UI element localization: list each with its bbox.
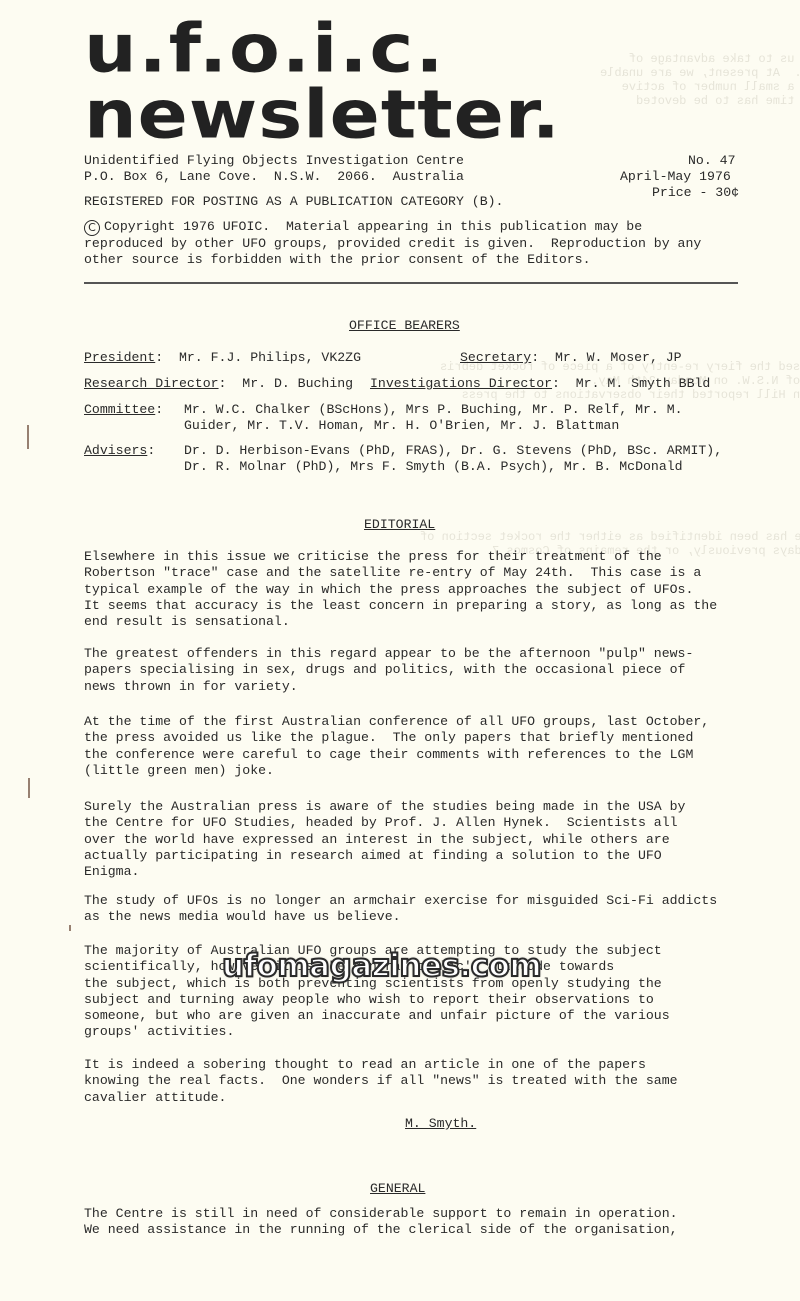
committee-label: Committee:: [84, 402, 163, 418]
editorial-paragraph: Surely the Australian press is aware of …: [84, 799, 764, 880]
committee-line-2: Guider, Mr. T.V. Homan, Mr. H. O'Brien, …: [184, 418, 619, 434]
scan-mark: [69, 925, 71, 931]
general-paragraph: The Centre is still in need of considera…: [84, 1206, 764, 1239]
organisation-name: Unidentified Flying Objects Investigatio…: [84, 153, 464, 169]
advisers-line-2: Dr. R. Molnar (PhD), Mrs F. Smyth (B.A. …: [184, 459, 683, 475]
advisers-label: Advisers:: [84, 443, 155, 459]
editorial-paragraph: It is indeed a sobering thought to read …: [84, 1057, 764, 1106]
copyright-line-2: reproduced by other UFO groups, provided…: [84, 236, 701, 252]
committee-line-1: Mr. W.C. Chalker (BScHons), Mrs P. Buchi…: [184, 402, 683, 418]
secretary-row: Secretary: Mr. W. Moser, JP: [460, 350, 682, 366]
editorial-paragraph: Elsewhere in this issue we criticise the…: [84, 549, 764, 630]
watermark: ufomagazines.com: [222, 948, 541, 984]
copyright-notice: CCopyright 1976 UFOIC. Material appearin…: [84, 219, 642, 236]
editorial-paragraph: At the time of the first Australian conf…: [84, 714, 764, 779]
editorial-paragraph: The greatest offenders in this regard ap…: [84, 646, 764, 695]
general-heading: GENERAL: [370, 1181, 425, 1196]
editorial-heading: EDITORIAL: [364, 517, 435, 532]
registration-notice: REGISTERED FOR POSTING AS A PUBLICATION …: [84, 194, 503, 210]
advisers-line-1: Dr. D. Herbison-Evans (PhD, FRAS), Dr. G…: [184, 443, 722, 459]
header-divider: [84, 282, 738, 284]
copyright-icon: C: [84, 220, 100, 236]
issue-number: No. 47: [688, 153, 735, 169]
price: Price - 30¢: [652, 185, 739, 201]
bleed-through-text: to enable us to take advantage of coming…: [600, 52, 800, 108]
editorial-paragraph: The study of UFOs is no longer an armcha…: [84, 893, 764, 926]
investigations-director-row: Investigations Director: Mr. M. Smyth BB…: [370, 376, 710, 392]
masthead-line-2: newsletter.: [84, 80, 561, 150]
editorial-signature: M. Smyth.: [405, 1116, 476, 1131]
masthead-line-1: u.f.o.i.c.: [84, 14, 445, 84]
research-director-row: Research Director: Mr. D. Buching: [84, 376, 353, 392]
copyright-line-3: other source is forbidden with the prior…: [84, 252, 590, 268]
president-row: President: Mr. F.J. Philips, VK2ZG: [84, 350, 361, 366]
office-bearers-heading: OFFICE BEARERS: [349, 318, 460, 333]
postal-address: P.O. Box 6, Lane Cove. N.S.W. 2066. Aust…: [84, 169, 464, 185]
scan-mark: [28, 778, 30, 798]
scan-mark: [27, 425, 29, 449]
issue-date: April-May 1976: [620, 169, 731, 185]
